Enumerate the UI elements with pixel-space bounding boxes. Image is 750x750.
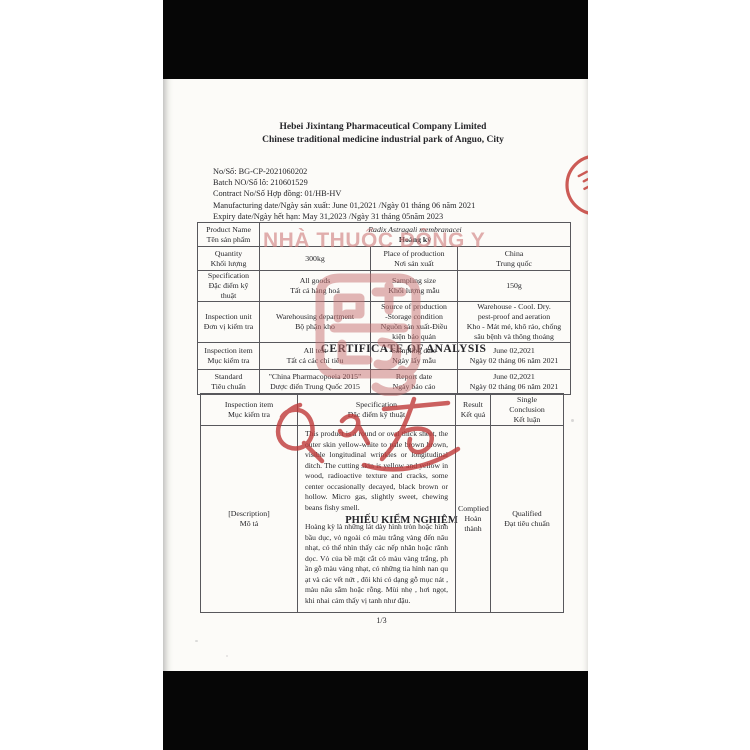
description-item-cell: [Description] Mô tả [201, 426, 298, 613]
cell-line: Sampling size [373, 276, 455, 286]
table-cell: Sampling date Ngày lấy mẫu [371, 343, 458, 370]
cell-line: Source of production [373, 302, 455, 312]
company-name: Hebei Jixintang Pharmaceutical Company L… [183, 121, 583, 134]
table-cell: Sampling size Khối lượng mẫu [371, 271, 458, 302]
cell-line: Mô tả [203, 519, 295, 529]
table-cell: Single Conclusion Kết luận [491, 394, 564, 426]
cell-line: [Description] [203, 509, 295, 519]
product-vi-name: Hoàng kỳ [262, 235, 568, 245]
table-cell: Standard Tiêu chuẩn [198, 370, 260, 395]
cell-line: All goods [262, 276, 368, 286]
cell-line: Khối lượng [200, 259, 257, 269]
cell-line: Product Name [200, 225, 257, 235]
cell-line: Đặc điểm kỹ thuật [300, 410, 453, 420]
cell-line: Ngày lấy mẫu [373, 356, 455, 366]
cell-line: pest-proof and aeration [460, 312, 568, 322]
cell-line: Inspection item [203, 400, 295, 410]
product-latin-name: Radix Astragali membranacei [262, 225, 568, 235]
table-cell: June 02,2021 Ngày 02 tháng 06 năm 2021 [458, 370, 571, 395]
table-cell: Warehouse - Cool. Dry. pest-proof and ae… [458, 302, 571, 343]
results-table: Inspection item Mục kiểm tra Specificati… [200, 393, 564, 613]
cell-line: June 02,2021 [460, 372, 568, 382]
table-cell: Result Kết quả [456, 394, 491, 426]
table-cell: Warehousing department Bộ phận kho [260, 302, 371, 343]
cell-line: Đặc điểm kỹ thuật [200, 281, 257, 301]
spec-paragraph-en: This product is a round or oval thick sh… [305, 429, 448, 513]
document-photo: Hebei Jixintang Pharmaceutical Company L… [163, 0, 588, 750]
cell-line: Nguồn sản xuất-Điều [373, 322, 455, 332]
page-number: 1/3 [200, 616, 563, 625]
result-cell: Complied Hoàn thành [456, 426, 491, 613]
description-spec-cell: This product is a round or oval thick sh… [298, 426, 456, 613]
cell-line: Bộ phận kho [262, 322, 368, 332]
cell-line: Mục kiểm tra [203, 410, 295, 420]
cell-line: All test [262, 346, 368, 356]
table-cell: Source of production -Storage condition … [371, 302, 458, 343]
cell-line: Complied [458, 504, 488, 514]
cell-line: Ngày báo cáo [373, 382, 455, 392]
cell-line: Standard [200, 372, 257, 382]
cell-line: Kho - Mát mẻ, khô ráo, chống [460, 322, 568, 332]
table-cell: Place of production Nơi sản xuất [371, 247, 458, 271]
info-line-batch: Batch NO/Số lô: 210601529 [213, 177, 573, 188]
cell-line: Warehouse - Cool. Dry. [460, 302, 568, 312]
cell-line: Warehousing department [262, 312, 368, 322]
cell-line: Inspection unit [200, 312, 257, 322]
quantity-value: 300kg [262, 254, 368, 264]
cell-line: Hoàn thành [458, 514, 488, 534]
cell-line: Place of production [373, 249, 455, 259]
table-cell: Specification Đặc điểm kỹ thuật [198, 271, 260, 302]
cell-line: Specification [300, 400, 453, 410]
paragraph-gap [305, 513, 448, 522]
cell-line: Đơn vị kiểm tra [200, 322, 257, 332]
conclusion-cell: Qualified Đạt tiêu chuẩn [491, 426, 564, 613]
cell-line: Qualified [493, 509, 561, 519]
cell-line: Single [493, 395, 561, 405]
summary-table: Product Name Tên sản phẩm Radix Astragal… [197, 222, 571, 395]
cell-line: Tất cả hàng hoá [262, 286, 368, 296]
document-header: Hebei Jixintang Pharmaceutical Company L… [183, 121, 583, 146]
scan-speck [226, 655, 228, 657]
table-cell: 300kg [260, 247, 371, 271]
info-line-no: No/Số: BG-CP-2021060202 [213, 166, 573, 177]
certificate-document: Hebei Jixintang Pharmaceutical Company L… [163, 0, 588, 750]
cell-line: -Storage condition [373, 312, 455, 322]
cell-line: Dược điển Trung Quốc 2015 [262, 382, 368, 392]
scan-speck [195, 640, 198, 642]
cell-line: Trung quốc [460, 259, 568, 269]
cell-line: June 02,2021 [460, 346, 568, 356]
cell-line: Khối lượng mẫu [373, 286, 455, 296]
table-cell: Inspection unit Đơn vị kiểm tra [198, 302, 260, 343]
table-cell: 150g [458, 271, 571, 302]
info-line-mfg-date: Manufacturing date/Ngày sản xuất: June 0… [213, 200, 573, 211]
table-cell: June 02,2021 Ngày 02 tháng 06 năm 2021 [458, 343, 571, 370]
cell-line: "China Pharmacopoeia 2015" [262, 372, 368, 382]
table-cell: Radix Astragali membranacei Hoàng kỳ [260, 223, 571, 247]
table-cell: Report date Ngày báo cáo [371, 370, 458, 395]
cell-line: Mục kiểm tra [200, 356, 257, 366]
table-cell: Product Name Tên sản phẩm [198, 223, 260, 247]
cell-line: Sampling date [373, 346, 455, 356]
cell-line: Specification [200, 271, 257, 281]
table-cell: "China Pharmacopoeia 2015" Dược điển Tru… [260, 370, 371, 395]
cell-line: Inspection item [200, 346, 257, 356]
screenshot-root: { "header": { "company_line1": "Hebei Ji… [0, 0, 750, 750]
table-cell: Quantity Khối lượng [198, 247, 260, 271]
cell-line: Tiêu chuẩn [200, 382, 257, 392]
cell-line: kiện bảo quản [373, 332, 455, 342]
cell-line: Result [458, 400, 488, 410]
table-cell: China Trung quốc [458, 247, 571, 271]
cell-line: China [460, 249, 568, 259]
cell-line: Ngày 02 tháng 06 năm 2021 [460, 382, 568, 392]
table-cell: Specification Đặc điểm kỹ thuật [298, 394, 456, 426]
cell-line: Kết quả [458, 410, 488, 420]
info-line-contract: Contract No/Số Hợp đồng: 01/HB-HV [213, 188, 573, 199]
cell-line: Tên sản phẩm [200, 235, 257, 245]
cell-line: sâu bệnh và thông thoáng [460, 332, 568, 342]
table-cell: All goods Tất cả hàng hoá [260, 271, 371, 302]
cell-line: Tất cả các chỉ tiêu [262, 356, 368, 366]
table-cell: Inspection item Mục kiểm tra [201, 394, 298, 426]
cell-line: Report date [373, 372, 455, 382]
sampling-size-value: 150g [460, 281, 568, 291]
table-cell: All test Tất cả các chỉ tiêu [260, 343, 371, 370]
cell-line: Conclusion [493, 405, 561, 415]
info-line-expiry-date: Expiry date/Ngày hết hạn: May 31,2023 /N… [213, 211, 573, 222]
spec-paragraph-vi: Hoàng kỳ là những lát dày hình tròn hoặc… [305, 522, 448, 606]
cell-line: Nơi sản xuất [373, 259, 455, 269]
cell-line: Kết luận [493, 415, 561, 425]
cell-line: Quantity [200, 249, 257, 259]
document-info-block: No/Số: BG-CP-2021060202 Batch NO/Số lô: … [213, 166, 573, 222]
cell-line: Đạt tiêu chuẩn [493, 519, 561, 529]
table-cell: Inspection item Mục kiểm tra [198, 343, 260, 370]
company-address: Chinese traditional medicine industrial … [183, 134, 583, 146]
cell-line: Ngày 02 tháng 06 năm 2021 [460, 356, 568, 366]
scan-speck [571, 419, 574, 422]
